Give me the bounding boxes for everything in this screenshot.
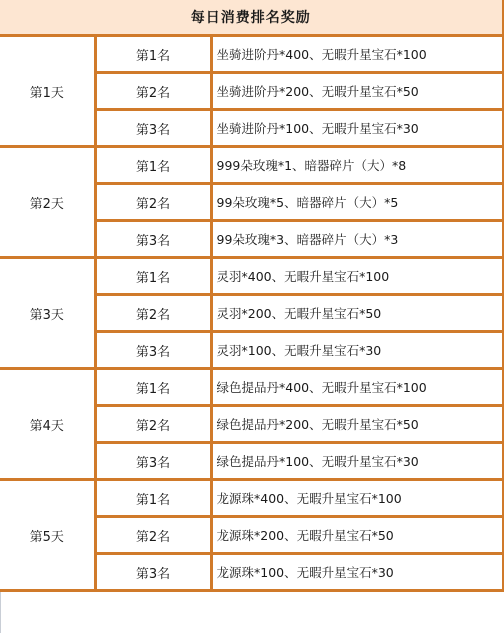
table-row: 第5天 第1名 龙源珠*400、无暇升星宝石*100 <box>0 480 503 517</box>
table-row: 第1天 第1名 坐骑进阶丹*400、无暇升星宝石*100 <box>0 36 503 73</box>
rank-cell: 第2名 <box>95 184 211 221</box>
reward-cell: 灵羽*100、无暇升星宝石*30 <box>211 332 503 369</box>
rank-cell: 第3名 <box>95 221 211 258</box>
rank-cell: 第2名 <box>95 406 211 443</box>
reward-cell: 龙源珠*200、无暇升星宝石*50 <box>211 517 503 554</box>
reward-cell: 绿色提品丹*200、无暇升星宝石*50 <box>211 406 503 443</box>
rank-cell: 第2名 <box>95 295 211 332</box>
rank-cell: 第1名 <box>95 258 211 295</box>
day-cell: 第3天 <box>0 258 95 369</box>
rank-cell: 第1名 <box>95 147 211 184</box>
reward-table: 每日消费排名奖励 第1天 第1名 坐骑进阶丹*400、无暇升星宝石*100 第2… <box>0 0 504 592</box>
reward-cell: 灵羽*400、无暇升星宝石*100 <box>211 258 503 295</box>
reward-cell: 龙源珠*400、无暇升星宝石*100 <box>211 480 503 517</box>
rank-cell: 第1名 <box>95 369 211 406</box>
day-cell: 第2天 <box>0 147 95 258</box>
rank-cell: 第3名 <box>95 110 211 147</box>
table-row: 第3天 第1名 灵羽*400、无暇升星宝石*100 <box>0 258 503 295</box>
rank-cell: 第2名 <box>95 73 211 110</box>
rank-cell: 第3名 <box>95 554 211 591</box>
reward-cell: 坐骑进阶丹*400、无暇升星宝石*100 <box>211 36 503 73</box>
rank-cell: 第1名 <box>95 36 211 73</box>
reward-cell: 999朵玫瑰*1、暗器碎片（大）*8 <box>211 147 503 184</box>
rank-cell: 第3名 <box>95 443 211 480</box>
reward-cell: 99朵玫瑰*5、暗器碎片（大）*5 <box>211 184 503 221</box>
table-row: 第4天 第1名 绿色提品丹*400、无暇升星宝石*100 <box>0 369 503 406</box>
day-cell: 第4天 <box>0 369 95 480</box>
reward-cell: 灵羽*200、无暇升星宝石*50 <box>211 295 503 332</box>
table-title: 每日消费排名奖励 <box>0 0 503 36</box>
table-row: 第2天 第1名 999朵玫瑰*1、暗器碎片（大）*8 <box>0 147 503 184</box>
reward-cell: 绿色提品丹*100、无暇升星宝石*30 <box>211 443 503 480</box>
rank-cell: 第1名 <box>95 480 211 517</box>
reward-cell: 龙源珠*100、无暇升星宝石*30 <box>211 554 503 591</box>
day-cell: 第1天 <box>0 36 95 147</box>
reward-cell: 99朵玫瑰*3、暗器碎片（大）*3 <box>211 221 503 258</box>
reward-cell: 坐骑进阶丹*100、无暇升星宝石*30 <box>211 110 503 147</box>
rank-cell: 第3名 <box>95 332 211 369</box>
reward-cell: 坐骑进阶丹*200、无暇升星宝石*50 <box>211 73 503 110</box>
reward-cell: 绿色提品丹*400、无暇升星宝石*100 <box>211 369 503 406</box>
rank-cell: 第2名 <box>95 517 211 554</box>
day-cell: 第5天 <box>0 480 95 591</box>
